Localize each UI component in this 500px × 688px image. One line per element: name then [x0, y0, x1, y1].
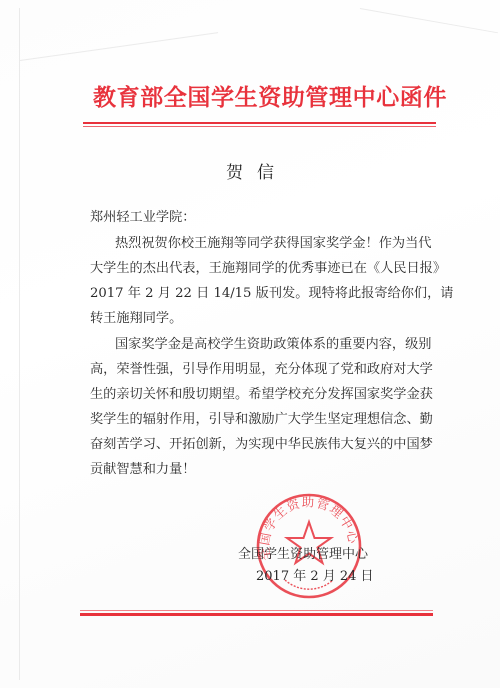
- paragraph-line: 大学生的杰出代表，王施翔同学的优秀事迹已在《人民日报》: [90, 256, 430, 281]
- paragraph-line: 贡献智慧和力量！: [90, 457, 430, 482]
- salutation: 郑州轻工业学院：: [90, 205, 196, 230]
- paper-crease: [20, 32, 218, 61]
- paragraph-line: 转王施翔同学。: [90, 306, 430, 331]
- paragraph-line: 奖学生的辐射作用，引导和激励广大学生坚定理想信念、勤: [90, 407, 430, 432]
- footer-rule-thick: [80, 613, 433, 616]
- letterhead-title: 教育部全国学生资助管理中心函件: [93, 84, 429, 112]
- signature-date: 2017 年 2 月 24 日: [238, 566, 374, 588]
- page-edge: [19, 8, 20, 680]
- paragraph-line: 热烈祝贺你校王施翔等同学获得国家奖学金！作为当代: [90, 231, 430, 256]
- paragraph-1: 热烈祝贺你校王施翔等同学获得国家奖学金！作为当代 大学生的杰出代表，王施翔同学的…: [90, 231, 430, 331]
- paragraph-line: 国家奖学金是高校学生资助政策体系的重要内容，级别: [90, 332, 430, 357]
- paper-crease: [360, 8, 498, 33]
- footer-rule-thin: [80, 610, 433, 611]
- letter-page: 教育部全国学生资助管理中心函件 贺信 郑州轻工业学院： 热烈祝贺你校王施翔等同学…: [0, 0, 500, 688]
- signature-organization: 全国学生资助管理中心: [238, 544, 374, 566]
- paragraph-line: 高，荣誉性强，引导作用明显，充分体现了党和政府对大学: [90, 357, 430, 382]
- paragraph-line: 2017 年 2 月 22 日 14/15 版刊发。现特将此报寄给你们，请: [90, 281, 430, 306]
- letterhead-rule-thick: [83, 122, 436, 124]
- document-title: 贺信: [0, 158, 500, 183]
- paragraph-line: 奋刻苦学习、开拓创新，为实现中华民族伟大复兴的中国梦: [90, 432, 430, 457]
- paragraph-2: 国家奖学金是高校学生资助政策体系的重要内容，级别 高，荣誉性强，引导作用明显，充…: [90, 332, 430, 482]
- letterhead-rule-thin: [83, 126, 436, 127]
- signature-block: 全国学生资助管理中心 2017 年 2 月 24 日: [238, 544, 374, 588]
- paragraph-line: 生的亲切关怀和殷切期望。希望学校充分发挥国家奖学金获: [90, 382, 430, 407]
